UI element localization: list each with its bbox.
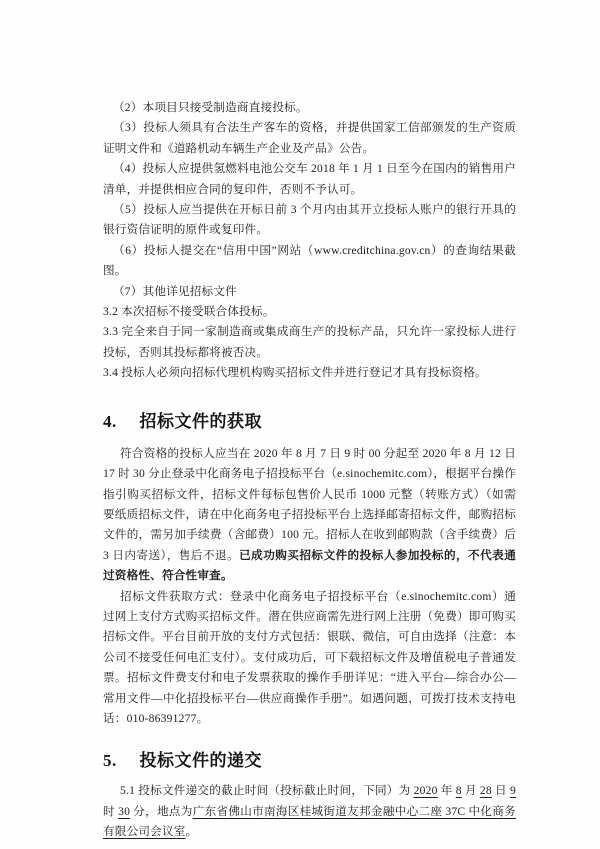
clause-item-7: （7）其他详见招标文件 [103,282,516,302]
deadline-lead-text: 5.1 投标文件递交的截止时间（投标截止时间，下同）为 [120,784,414,797]
clause-item-4: （4）投标人应提供氢燃料电池公交车 2018 年 1 月 1 日至今在国内的销售… [103,159,516,200]
clause-item-3-2: 3.2 本次招标不接受联合体投标。 [103,302,516,322]
clause-item-6: （6）投标人提交在“信用中国”网站（www.creditchina.gov.cn… [103,241,516,282]
section-5-title: 投标文件的递交 [140,749,263,773]
clause-item-5: （5）投标人应当提供在开标日前 3 个月内由其开立投标人账户的银行开具的银行资信… [103,200,516,241]
year-label: 年 [438,784,456,797]
section-4-title: 招标文件的获取 [140,410,263,434]
clause-list: （2）本项目只接受制造商直接投标。 （3）投标人须具有合法生产客车的资格，并提供… [103,98,516,384]
document-content: （2）本项目只接受制造商直接投标。 （3）投标人须具有合法生产客车的资格，并提供… [103,98,516,843]
deadline-day: 28 [480,784,492,797]
section-4-paragraph-2: 招标文件获取方式：登录中化商务电子招投标平台（e.sinochemitc.com… [103,587,516,730]
deadline-minute: 30 [118,805,130,818]
clause-item-3-3: 3.3 完全来自于同一家制造商或集成商生产的投标产品，只允许一家投标人进行投标，… [103,322,516,363]
section-4-paragraph-1-text: 符合资格的投标人应当在 2020 年 8 月 7 日 9 时 00 分起至 20… [103,447,516,562]
section-4-heading: 4. 招标文件的获取 [103,410,516,434]
section-5-paragraph-1: 5.1 投标文件递交的截止时间（投标截止时间，下同）为 2020 年 8 月 2… [103,781,516,842]
document-page: （2）本项目只接受制造商直接投标。 （3）投标人须具有合法生产客车的资格，并提供… [0,0,600,849]
section-4-paragraph-1: 符合资格的投标人应当在 2020 年 8 月 7 日 9 时 00 分起至 20… [103,444,516,587]
sentence-end: 。 [186,825,198,838]
deadline-hour: 9 [510,784,516,797]
deadline-year: 2020 [414,784,438,797]
section-5-heading: 5. 投标文件的递交 [103,749,516,773]
hour-label: 时 [103,805,118,818]
location-lead-text: 分，地点为 [130,805,193,818]
clause-item-3-4: 3.4 投标人必须向招标代理机构购买招标文件并进行登记才具有投标资格。 [103,363,516,383]
month-label: 月 [462,784,480,797]
section-4-number: 4. [103,410,117,434]
clause-item-2: （2）本项目只接受制造商直接投标。 [103,98,516,118]
clause-item-3: （3）投标人须具有合法生产客车的资格，并提供国家工信部颁发的生产资质证明文件和《… [103,118,516,159]
day-label: 日 [492,784,510,797]
section-5-number: 5. [103,749,117,773]
